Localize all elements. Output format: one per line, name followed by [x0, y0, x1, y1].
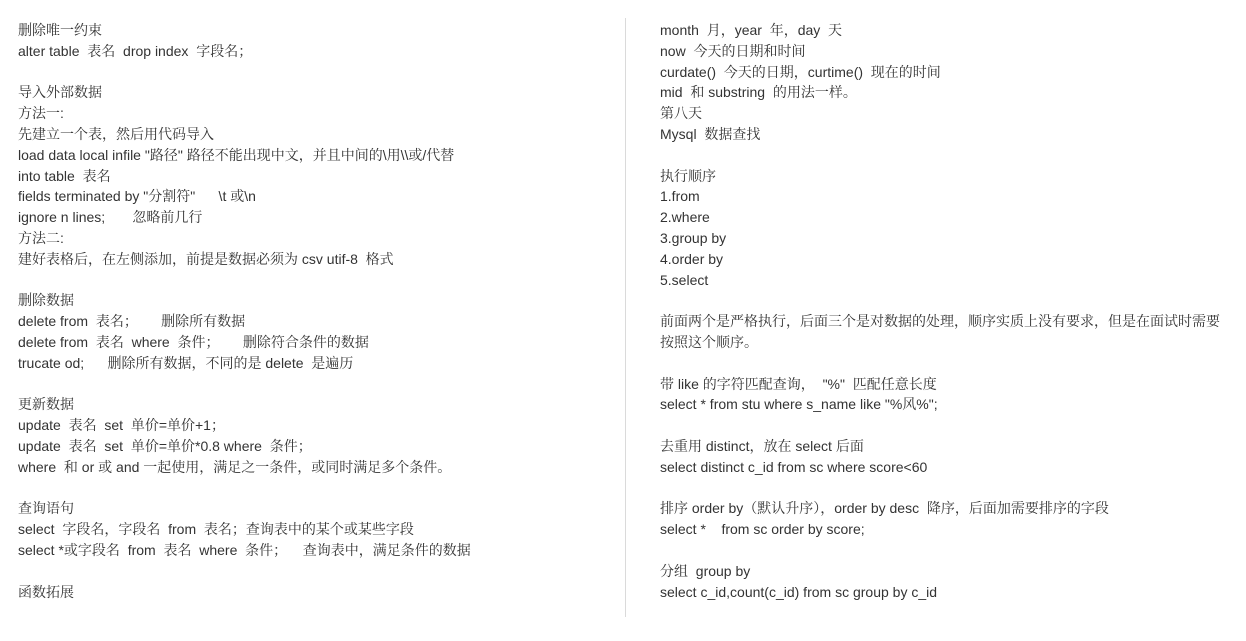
- text-line: 更新数据: [18, 394, 614, 415]
- text-line: 函数拓展: [18, 582, 614, 603]
- text-line: 排序 order by（默认升序），order by desc 降序，后面加需要…: [660, 498, 1233, 519]
- text-line: [660, 478, 1233, 499]
- text-line: [18, 62, 614, 83]
- text-line: select * from sc order by score;: [660, 519, 1233, 540]
- text-line: [660, 415, 1233, 436]
- text-line: Mysql 数据查找: [660, 124, 1233, 145]
- text-line: ignore n lines; 忽略前几行: [18, 207, 614, 228]
- text-line: [660, 540, 1233, 561]
- text-line: 建好表格后，在左侧添加，前提是数据必须为 csv utif-8 格式: [18, 249, 614, 270]
- text-line: select 字段名，字段名 from 表名；查询表中的某个或某些字段: [18, 519, 614, 540]
- text-line: 2.where: [660, 207, 1233, 228]
- text-line: update 表名 set 单价=单价*0.8 where 条件；: [18, 436, 614, 457]
- text-line: delete from 表名； 删除所有数据: [18, 311, 614, 332]
- text-line: 分组 group by: [660, 561, 1233, 582]
- text-line: mid 和 substring 的用法一样。: [660, 82, 1233, 103]
- text-line: into table 表名: [18, 166, 614, 187]
- text-line: 5.select: [660, 270, 1233, 291]
- text-line: 查询语句: [18, 498, 614, 519]
- text-line: load data local infile "路径" 路径不能出现中文，并且中…: [18, 145, 614, 166]
- text-line: 去重用 distinct，放在 select 后面: [660, 436, 1233, 457]
- text-line: [18, 561, 614, 582]
- text-line: 第八天: [660, 103, 1233, 124]
- text-line: [18, 374, 614, 395]
- text-line: curdate() 今天的日期，curtime() 现在的时间: [660, 62, 1233, 83]
- text-line: select distinct c_id from sc where score…: [660, 457, 1233, 478]
- text-line: [660, 353, 1233, 374]
- text-line: [18, 270, 614, 291]
- notes-document-page: 删除唯一约束alter table 表名 drop index 字段名；导入外部…: [0, 0, 1246, 641]
- text-line: 方法二:: [18, 228, 614, 249]
- text-line: 3.group by: [660, 228, 1233, 249]
- text-line: [660, 290, 1233, 311]
- text-line: now 今天的日期和时间: [660, 41, 1233, 62]
- text-line: 方法一:: [18, 103, 614, 124]
- text-line: 导入外部数据: [18, 82, 614, 103]
- text-line: delete from 表名 where 条件； 删除符合条件的数据: [18, 332, 614, 353]
- text-line: select *或字段名 from 表名 where 条件； 查询表中，满足条件…: [18, 540, 614, 561]
- text-line: 前面两个是严格执行，后面三个是对数据的处理，顺序实质上没有要求，但是在面试时需要…: [660, 311, 1233, 353]
- left-text-column: 删除唯一约束alter table 表名 drop index 字段名；导入外部…: [18, 20, 614, 602]
- column-divider: [625, 18, 626, 617]
- text-line: 先建立一个表，然后用代码导入: [18, 124, 614, 145]
- text-line: trucate od; 删除所有数据，不同的是 delete 是遍历: [18, 353, 614, 374]
- text-line: alter table 表名 drop index 字段名；: [18, 41, 614, 62]
- right-text-column: month 月，year 年，day 天now 今天的日期和时间curdate(…: [660, 20, 1233, 602]
- text-line: month 月，year 年，day 天: [660, 20, 1233, 41]
- text-line: 删除数据: [18, 290, 614, 311]
- text-line: fields terminated by "分割符" \t 或\n: [18, 186, 614, 207]
- text-line: 4.order by: [660, 249, 1233, 270]
- text-line: 删除唯一约束: [18, 20, 614, 41]
- text-line: [18, 478, 614, 499]
- text-line: update 表名 set 单价=单价+1；: [18, 415, 614, 436]
- text-line: 带 like 的字符匹配查询， "%" 匹配任意长度: [660, 374, 1233, 395]
- text-line: select * from stu where s_name like "%风%…: [660, 394, 1233, 415]
- text-line: where 和 or 或 and 一起使用，满足之一条件，或同时满足多个条件。: [18, 457, 614, 478]
- text-line: 执行顺序: [660, 166, 1233, 187]
- text-line: [660, 145, 1233, 166]
- text-line: 1.from: [660, 186, 1233, 207]
- text-line: select c_id,count(c_id) from sc group by…: [660, 582, 1233, 603]
